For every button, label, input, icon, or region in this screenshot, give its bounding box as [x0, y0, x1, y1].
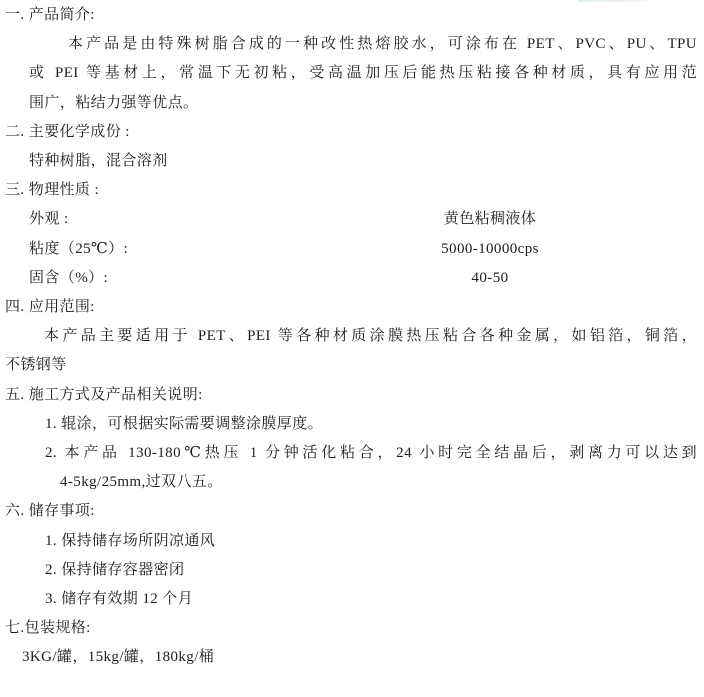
section-7-heading: 七.包装规格: — [0, 614, 704, 643]
property-label: 粘度（25℃）: — [29, 241, 128, 257]
construction-item-2-cont: 4-5kg/25mm,过双八五。 — [0, 468, 704, 497]
property-value: 5000-10000cps — [385, 235, 595, 264]
property-value: 黄色粘稠液体 — [385, 205, 595, 234]
storage-item-2: 2. 保持储存容器密闭 — [0, 556, 704, 585]
section-4-heading: 四. 应用范围: — [0, 293, 704, 322]
property-label: 外观 : — [29, 211, 69, 227]
property-value: 40-50 — [385, 264, 595, 293]
product-intro-line-1: 本产品是由特殊树脂合成的一种改性热熔胶水，可涂布在 PET、PVC、PU、TPU — [0, 30, 704, 59]
section-3-heading: 三. 物理性质 : — [0, 176, 704, 205]
property-row-appearance: 外观 : 黄色粘稠液体 — [0, 205, 704, 234]
product-intro-line-2: 或 PEI 等基材上，常温下无初粘，受高温加压后能热压粘接各种材质，具有应用范 — [0, 59, 704, 88]
application-line-1: 本产品主要适用于 PET、PEI 等各种材质涂膜热压粘合各种金属，如铝箔，铜箔， — [0, 322, 704, 351]
product-intro-line-3: 围广，粘结力强等优点。 — [0, 89, 704, 118]
property-row-solid-content: 固含（%）: 40-50 — [0, 264, 704, 293]
construction-item-1: 1. 辊涂，可根据实际需要调整涂膜厚度。 — [0, 410, 704, 439]
section-6-heading: 六. 储存事项: — [0, 497, 704, 526]
section-1-heading: 一. 产品简介: — [0, 1, 704, 30]
section-5-heading: 五. 施工方式及产品相关说明: — [0, 381, 704, 410]
document-page: 一. 产品简介: 本产品是由特殊树脂合成的一种改性热熔胶水，可涂布在 PET、P… — [0, 0, 704, 697]
packaging-spec: 3KG/罐，15kg/罐，180kg/桶 — [0, 643, 704, 672]
storage-item-3: 3. 储存有效期 12 个月 — [0, 585, 704, 614]
property-label: 固含（%）: — [29, 270, 108, 286]
property-row-viscosity: 粘度（25℃）: 5000-10000cps — [0, 235, 704, 264]
chemical-composition: 特种树脂，混合溶剂 — [0, 147, 704, 176]
construction-item-2: 2. 本产品 130-180℃热压 1 分钟活化粘合，24 小时完全结晶后，剥离… — [0, 439, 704, 468]
section-2-heading: 二. 主要化学成份 : — [0, 118, 704, 147]
storage-item-1: 1. 保持储存场所阴凉通风 — [0, 527, 704, 556]
application-line-2: 不锈钢等 — [0, 351, 704, 380]
